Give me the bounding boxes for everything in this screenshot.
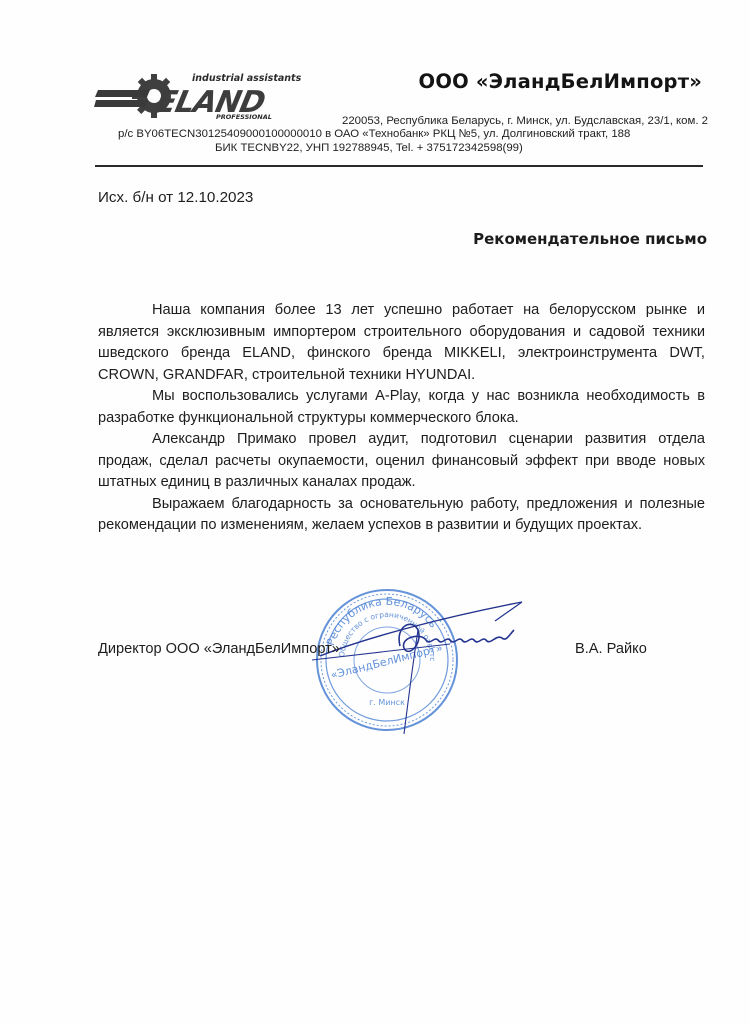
director-signature	[300, 596, 540, 736]
paragraph: Александр Примако провел аудит, подготов…	[98, 429, 705, 494]
letterhead-divider	[95, 165, 703, 167]
letter-page: ELAND industrial assistants PROFESSIONAL…	[0, 0, 749, 1024]
letter-body: Наша компания более 13 лет успешно работ…	[98, 300, 705, 537]
eland-logo: ELAND industrial assistants PROFESSIONAL	[94, 66, 322, 120]
bank-details: р/с BY06TECN30125409000100000010 в ОАО «…	[118, 128, 630, 140]
company-address: 220053, Республика Беларусь, г. Минск, у…	[342, 115, 708, 127]
paragraph: Выражаем благодарность за основательную …	[98, 494, 705, 537]
paragraph: Мы воспользовались услугами A-Play, когд…	[98, 386, 705, 429]
outgoing-reference: Исх. б/н от 12.10.2023	[98, 189, 253, 206]
bik-unp-phone: БИК TECNBY22, УНП 192788945, Tel. + 3751…	[215, 142, 523, 154]
logo-tagline: industrial assistants	[192, 73, 302, 84]
paragraph: Наша компания более 13 лет успешно работ…	[98, 300, 705, 386]
company-name: ООО «ЭландБелИмпорт»	[418, 70, 702, 93]
document-title: Рекомендательное письмо	[473, 230, 707, 248]
signatory-name: В.А. Райко	[575, 641, 647, 657]
logo-subline: PROFESSIONAL	[216, 113, 272, 120]
signatory-position: Директор ООО «ЭландБелИмпорт»	[98, 641, 340, 657]
